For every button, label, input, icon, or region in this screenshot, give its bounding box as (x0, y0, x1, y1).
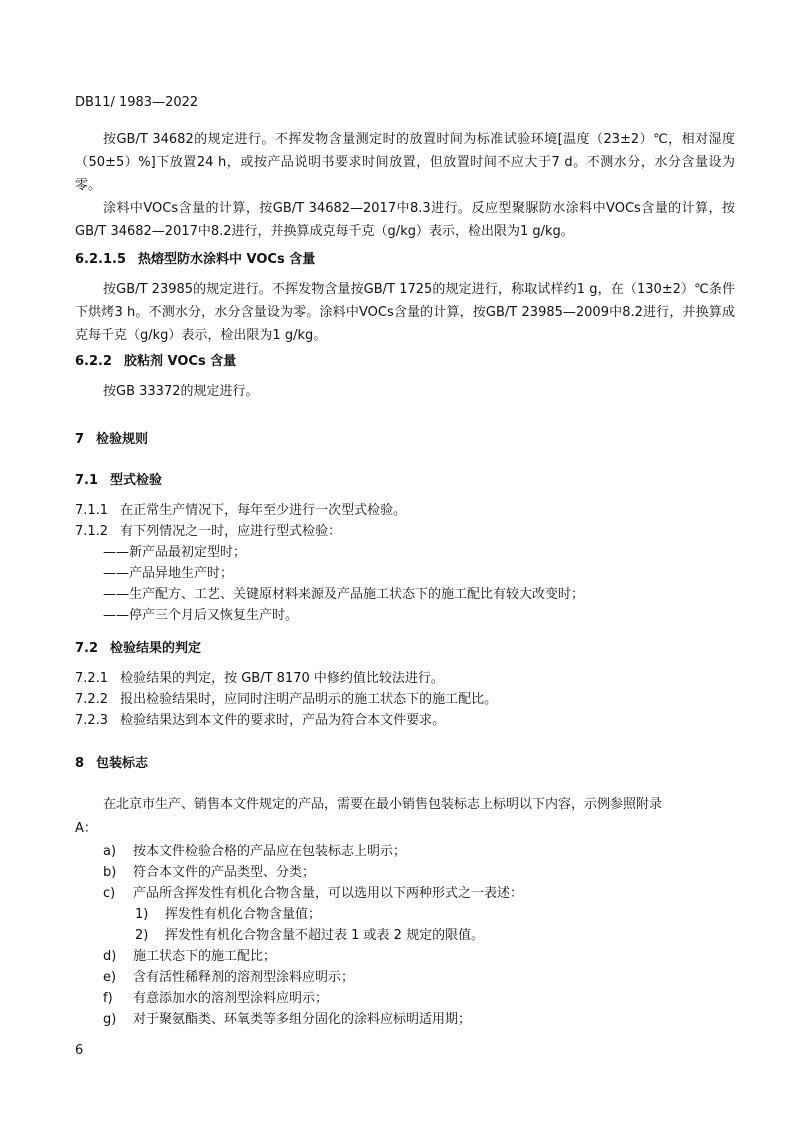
list-text: 挥发性有机化合物含量值； (165, 907, 321, 922)
section-heading-7-2: 7.2检验结果的判定 (75, 637, 201, 656)
list-marker: a) (103, 844, 133, 859)
list-text: 施工状态下的施工配比； (133, 949, 276, 964)
sub-list-item-1: 1)挥发性有机化合物含量值； (135, 903, 321, 922)
section-number: 7.2 (75, 641, 98, 656)
list-text: 产品所含挥发性有机化合物含量，可以选用以下两种形式之一表述： (133, 886, 523, 901)
clause-7-1-2: 7.1.2有下列情况之一时，应进行型式检验： (75, 520, 341, 539)
list-item-c: c)产品所含挥发性有机化合物含量，可以选用以下两种形式之一表述： (103, 882, 523, 901)
intro-line: A： (75, 817, 97, 836)
list-item: ——新产品最初定型时； (103, 541, 246, 560)
section-heading-6-2-1-5: 6.2.1.5热熔型防水涂料中 VOCs 含量 (75, 248, 315, 267)
clause-number: 7.2.2 (75, 692, 108, 707)
intro-line: 在北京市生产、销售本文件规定的产品，需要在最小销售包装标志上标明以下内容，示例参… (103, 793, 662, 812)
clause-7-2-1: 7.2.1检验结果的判定，按 GB/T 8170 中修约值比较法进行。 (75, 667, 444, 686)
list-item: ——停产三个月后又恢复生产时。 (103, 604, 298, 623)
paragraph: 按GB/T 23985的规定进行。不挥发物含量按GB/T 1725的规定进行，称… (75, 278, 735, 347)
list-marker: g) (103, 1012, 133, 1027)
list-item-g: g)对于聚氨酯类、环氧类等多组分固化的涂料应标明适用期； (103, 1008, 471, 1027)
section-title: 包装标志 (96, 756, 148, 771)
list-text: 有意添加水的溶剂型涂料应明示； (133, 991, 328, 1006)
list-item: ——产品异地生产时； (103, 562, 233, 581)
clause-7-2-3: 7.2.3检验结果达到本文件的要求时，产品为符合本文件要求。 (75, 709, 445, 728)
clause-text: 检验结果的判定，按 GB/T 8170 中修约值比较法进行。 (120, 671, 444, 686)
clause-number: 7.1.1 (75, 503, 108, 518)
section-number: 7.1 (75, 473, 98, 488)
list-text: 对于聚氨酯类、环氧类等多组分固化的涂料应标明适用期； (133, 1012, 471, 1027)
section-title: 型式检验 (110, 473, 162, 488)
paragraph: 按GB 33372的规定进行。 (75, 380, 735, 403)
list-text: 符合本文件的产品类型、分类； (133, 865, 315, 880)
document-code: DB11/ 1983—2022 (75, 95, 198, 110)
clause-7-1-1: 7.1.1在正常生产情况下，每年至少进行一次型式检验。 (75, 499, 406, 518)
list-item-e: e)含有活性稀释剂的溶剂型涂料应明示； (103, 966, 354, 985)
list-marker: c) (103, 886, 133, 901)
page-number: 6 (75, 1043, 83, 1058)
chapter-heading-7: 7检验规则 (75, 428, 148, 447)
section-heading-7-1: 7.1型式检验 (75, 469, 162, 488)
section-title: 胶粘剂 VOCs 含量 (124, 354, 236, 369)
section-number: 7 (75, 432, 84, 447)
section-heading-6-2-2: 6.2.2胶粘剂 VOCs 含量 (75, 350, 236, 369)
section-title: 检验结果的判定 (110, 641, 201, 656)
section-title: 热熔型防水涂料中 VOCs 含量 (138, 252, 315, 267)
paragraph: 涂料中VOCs含量的计算，按GB/T 34682—2017中8.3进行。反应型聚… (75, 197, 735, 243)
list-item-f: f)有意添加水的溶剂型涂料应明示； (103, 987, 328, 1006)
list-item-a: a)按本文件检验合格的产品应在包装标志上明示； (103, 840, 406, 859)
sub-list-item-2: 2)挥发性有机化合物含量不超过表 1 或表 2 规定的限值。 (135, 924, 484, 943)
clause-text: 在正常生产情况下，每年至少进行一次型式检验。 (120, 503, 406, 518)
list-marker: d) (103, 949, 133, 964)
clause-text: 检验结果达到本文件的要求时，产品为符合本文件要求。 (120, 713, 445, 728)
chapter-heading-8: 8包装标志 (75, 752, 148, 771)
list-text: 含有活性稀释剂的溶剂型涂料应明示； (133, 970, 354, 985)
clause-number: 7.1.2 (75, 524, 108, 539)
paragraph: 按GB/T 34682的规定进行。不挥发物含量测定时的放置时间为标准试验环境[温… (75, 128, 735, 197)
list-text: 挥发性有机化合物含量不超过表 1 或表 2 规定的限值。 (165, 928, 484, 943)
clause-text: 报出检验结果时，应同时注明产品明示的施工状态下的施工配比。 (120, 692, 497, 707)
list-item-d: d)施工状态下的施工配比； (103, 945, 276, 964)
list-marker: 2) (135, 928, 165, 943)
list-marker: b) (103, 865, 133, 880)
clause-number: 7.2.1 (75, 671, 108, 686)
section-number: 6.2.2 (75, 354, 112, 369)
list-marker: e) (103, 970, 133, 985)
list-marker: 1) (135, 907, 165, 922)
list-text: 按本文件检验合格的产品应在包装标志上明示； (133, 844, 406, 859)
clause-number: 7.2.3 (75, 713, 108, 728)
list-item-b: b)符合本文件的产品类型、分类； (103, 861, 315, 880)
section-number: 6.2.1.5 (75, 252, 126, 267)
section-title: 检验规则 (96, 432, 148, 447)
clause-text: 有下列情况之一时，应进行型式检验： (120, 524, 341, 539)
list-marker: f) (103, 991, 133, 1006)
section-number: 8 (75, 756, 84, 771)
list-item: ——生产配方、工艺、关键原材料来源及产品施工状态下的施工配比有较大改变时； (103, 583, 584, 602)
clause-7-2-2: 7.2.2报出检验结果时，应同时注明产品明示的施工状态下的施工配比。 (75, 688, 497, 707)
